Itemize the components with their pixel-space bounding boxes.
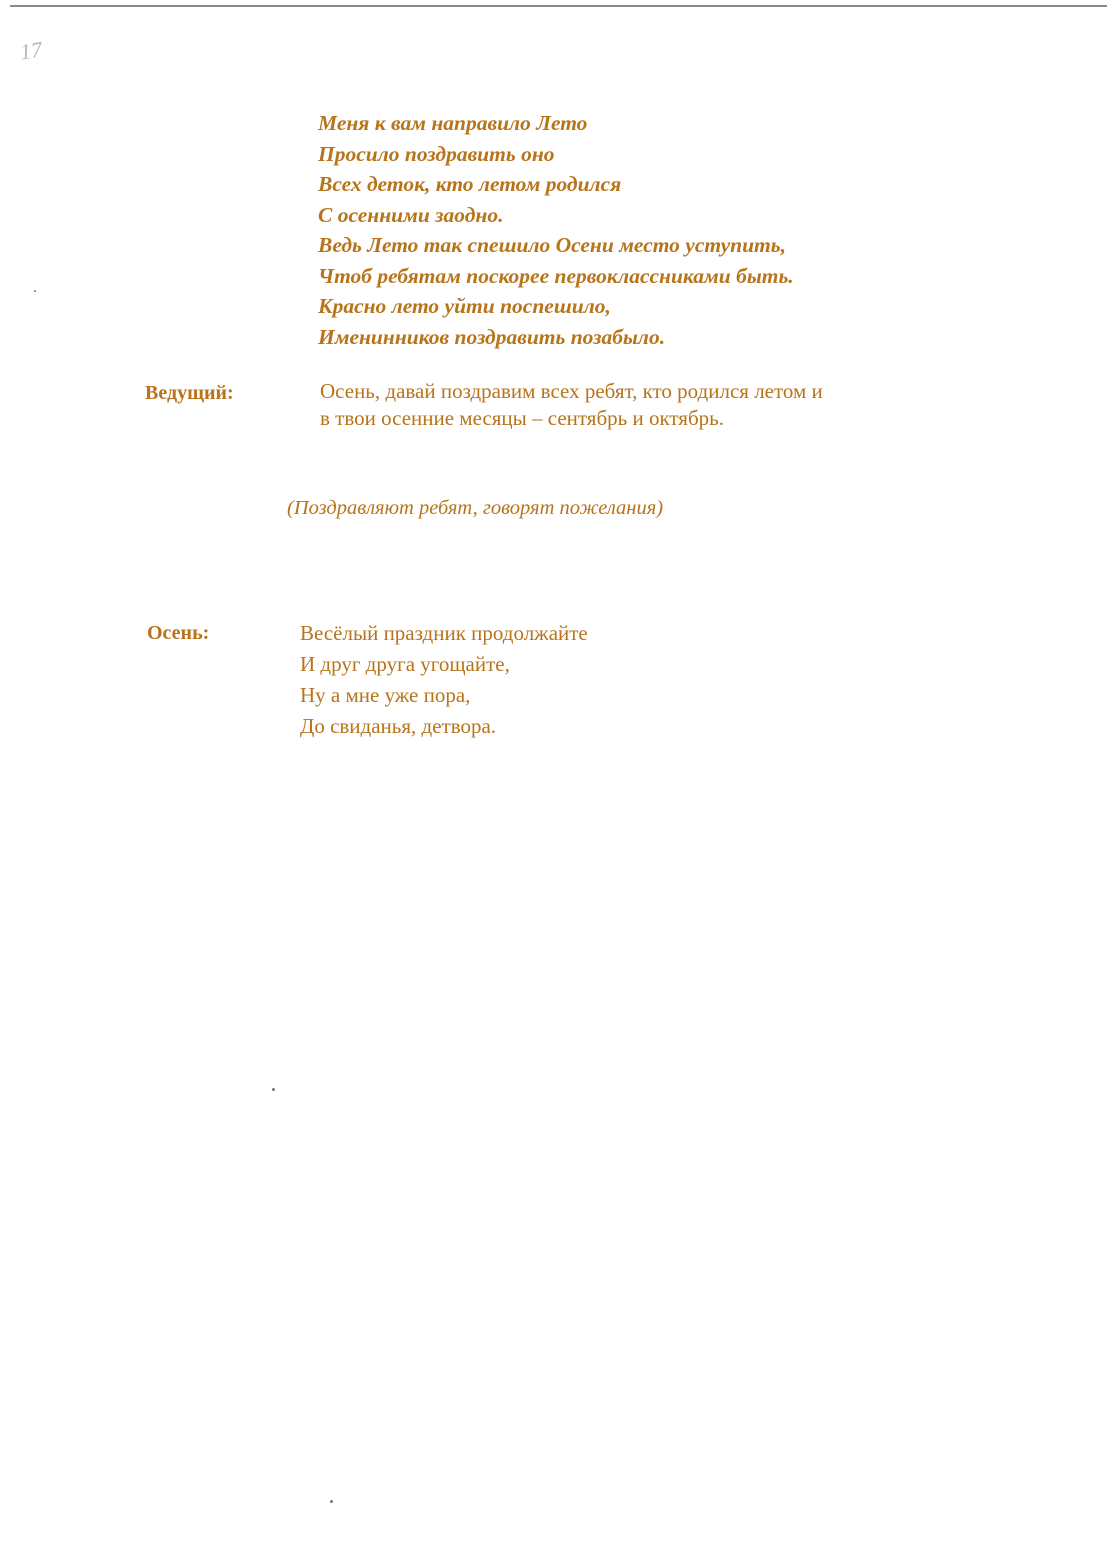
speech-line: И друг друга угощайте, [300, 649, 588, 680]
speech-line: Осень, давай поздравим всех ребят, кто р… [320, 378, 970, 405]
speech-line: Весёлый праздник продолжайте [300, 618, 588, 649]
speech-line: До свиданья, детвора. [300, 711, 588, 742]
speech-line: в твои осенние месяцы – сентябрь и октяб… [320, 405, 970, 432]
autumn-speech: Весёлый праздник продолжайте И друг друг… [300, 618, 588, 742]
host-speech: Осень, давай поздравим всех ребят, кто р… [320, 378, 970, 432]
stage-direction: (Поздравляют ребят, говорят пожелания) [287, 497, 663, 520]
poem: Меня к вам направило Лето Просило поздра… [318, 108, 794, 352]
poem-line: Именинников поздравить позабыло. [318, 322, 794, 353]
scan-speck [272, 1088, 275, 1091]
speaker-host-label: Ведущий: [145, 382, 234, 405]
poem-line: Просило поздравить оно [318, 139, 794, 170]
poem-line: Меня к вам направило Лето [318, 108, 794, 139]
handwritten-page-number: 17 [18, 37, 43, 66]
scan-speck [330, 1500, 333, 1503]
poem-line: Красно лето уйти поспешило, [318, 291, 794, 322]
scan-speck [34, 290, 36, 292]
poem-line: Ведь Лето так спешило Осени место уступи… [318, 230, 794, 261]
page-top-edge [10, 5, 1107, 7]
speaker-autumn-label: Осень: [147, 622, 209, 645]
poem-line: Чтоб ребятам поскорее первоклассниками б… [318, 261, 794, 292]
poem-line: Всех деток, кто летом родился [318, 169, 794, 200]
poem-line: С осенними заодно. [318, 200, 794, 231]
speech-line: Ну а мне уже пора, [300, 680, 588, 711]
